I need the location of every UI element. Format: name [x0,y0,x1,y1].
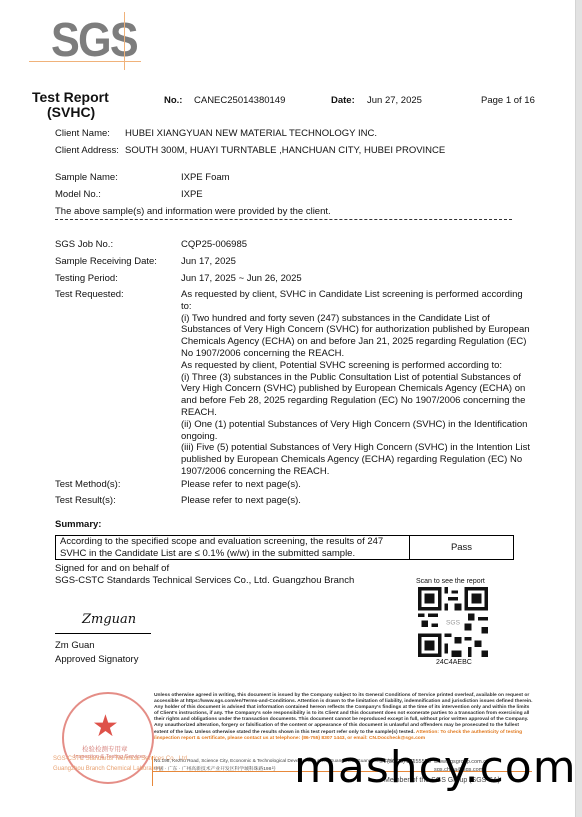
client-name: HUBEI XIANGYUAN NEW MATERIAL TECHNOLOGY … [125,128,377,139]
client-address: SOUTH 300M, HUAYI TURNTABLE ,HANCHUAN CI… [125,145,445,156]
qr-code-icon[interactable]: SGS [418,587,488,657]
client-name-label: Client Name: [55,128,110,139]
job-no: CQP25-006985 [181,239,247,250]
requested-paragraph: (ii) One (1) potential Substances of Ver… [181,419,531,443]
footer-disclaimer: Unless otherwise agreed in writing, this… [154,693,534,742]
test-result: Please refer to next page(s). [181,495,301,506]
summary-table: According to the specified scope and eva… [55,535,514,560]
summary-statement: According to the specified scope and eva… [56,536,410,560]
report-date: Jun 27, 2025 [367,95,422,106]
report-no-label: No.: [164,95,182,106]
dashed-divider [55,219,512,220]
stamp-cn-text: 检验检测专用章 [82,744,128,753]
watermark: mashcy.com [294,742,577,793]
testing-period: Jun 17, 2025 ~ Jun 26, 2025 [181,273,302,284]
signatory-role: Approved Signatory [55,654,138,665]
testing-period-label: Testing Period: [55,273,118,284]
receiving-date: Jun 17, 2025 [181,256,236,267]
requested-paragraph: As requested by client, SVHC in Candidat… [181,289,531,313]
client-address-label: Client Address: [55,145,119,156]
sample-name-label: Sample Name: [55,172,118,183]
sgs-logo: SGS [29,12,141,74]
receiving-date-label: Sample Receiving Date: [55,256,157,267]
signature: Zmguan [82,612,136,627]
provided-note: The above sample(s) and information were… [55,206,331,217]
table-row: According to the specified scope and eva… [56,536,514,560]
signatory-name: Zm Guan [55,640,95,651]
test-result-label: Test Result(s): [55,495,116,506]
page-number: Page 1 of 16 [481,95,535,106]
model-no: IXPE [181,189,203,200]
summary-line-2: SVHC in the Candidate List are ≤ 0.1% (w… [60,548,405,560]
test-method: Please refer to next page(s). [181,479,301,490]
report-title: Test Report [32,89,109,105]
report-subtitle: (SVHC) [47,104,95,120]
summary-result: Pass [410,536,514,560]
requested-paragraph: As requested by client, Potential SVHC s… [181,360,531,372]
requested-paragraph: (i) Three (3) substances in the Public C… [181,372,531,419]
model-no-label: Model No.: [55,189,101,200]
qr-center-label: SGS [446,620,461,627]
date-label: Date: [331,95,355,106]
report-no: CANEC25014380149 [194,95,285,106]
test-requested-label: Test Requested: [55,289,124,300]
qr-verification-code: 24C4AEBC [436,659,472,666]
test-method-label: Test Method(s): [55,479,120,490]
star-icon: ★ [92,712,119,742]
requested-paragraph: (i) Two hundred and forty seven (247) su… [181,313,531,360]
sample-name: IXPE Foam [181,172,230,183]
summary-line-1: According to the specified scope and eva… [60,536,405,548]
signature-line [55,633,151,634]
test-requested-text: As requested by client, SVHC in Candidat… [181,289,531,478]
logo-rule-vertical [124,12,125,70]
summary-title: Summary: [55,519,101,530]
disclaimer-text: Unless otherwise agreed in writing, this… [154,693,533,735]
qr-caption: Scan to see the report [416,578,485,585]
signing-company: SGS-CSTC Standards Technical Services Co… [55,575,354,586]
signed-for-text: Signed for and on behalf of [55,563,169,574]
job-no-label: SGS Job No.: [55,239,113,250]
scrollbar[interactable] [575,0,582,817]
requested-paragraph: (iii) Five (5) potential Substances of V… [181,442,531,477]
